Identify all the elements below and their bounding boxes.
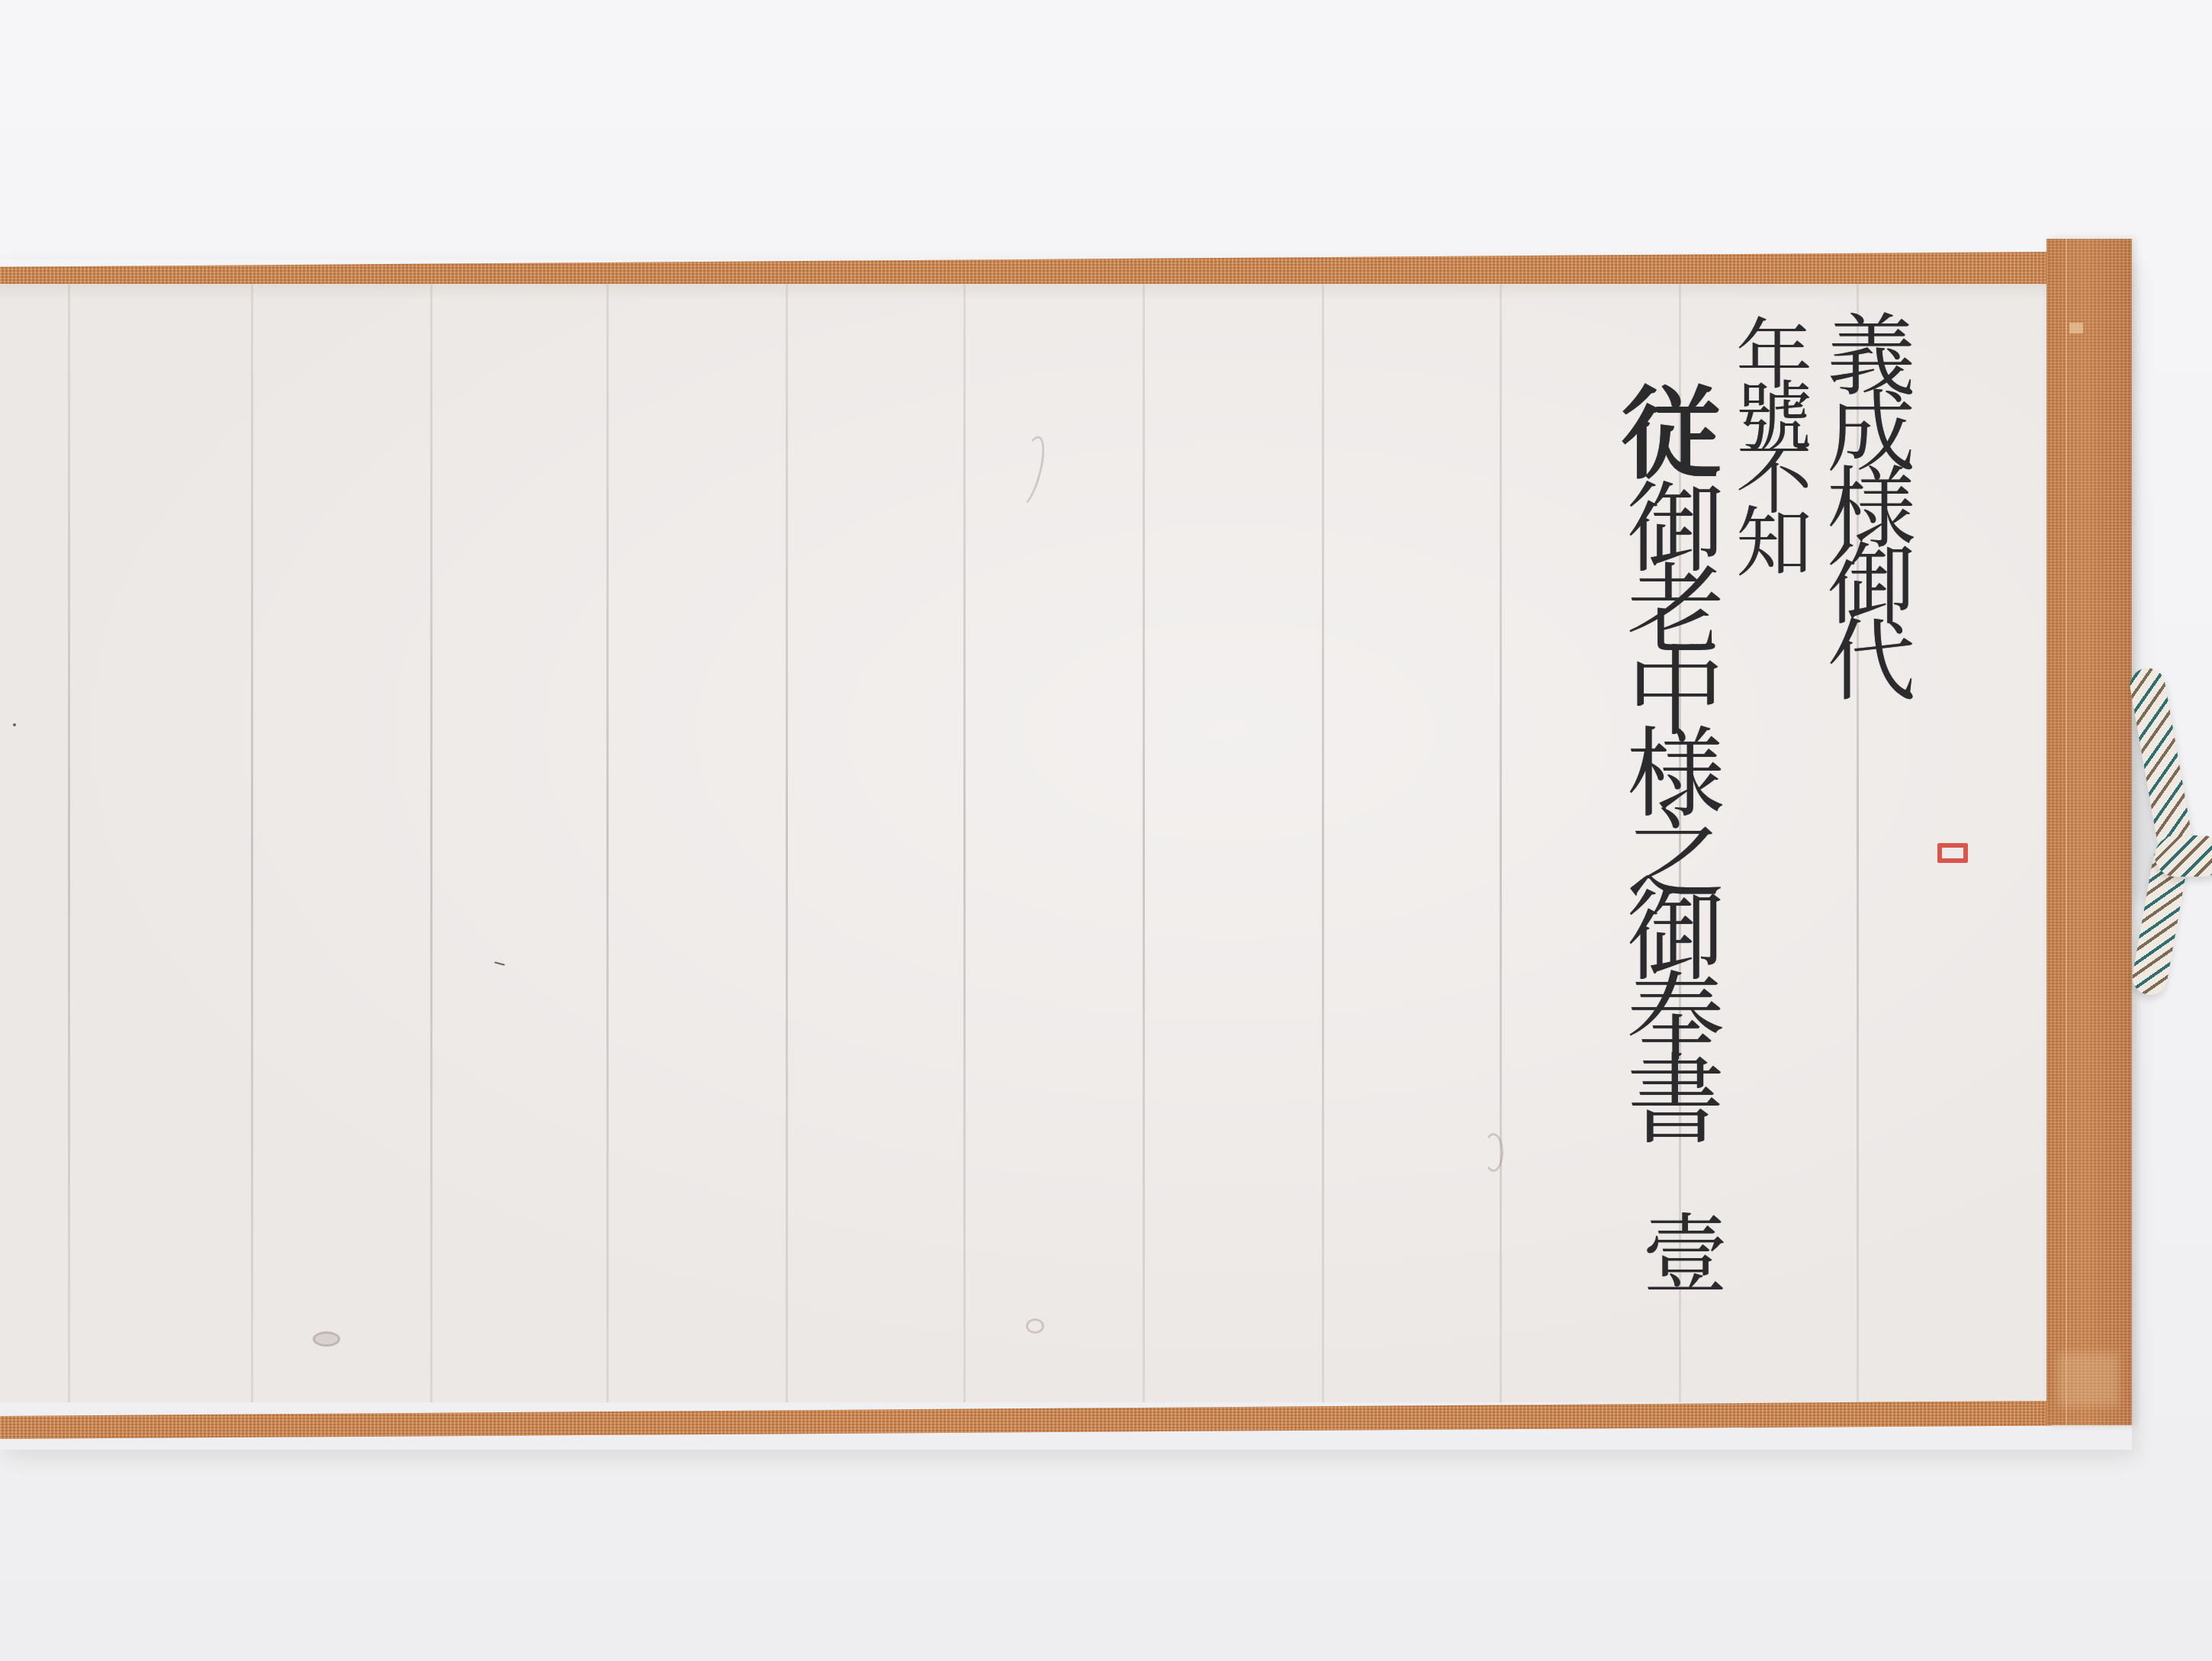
ruled-line xyxy=(606,284,609,1402)
binding-wear xyxy=(2058,1353,2119,1406)
paper-stain xyxy=(313,1331,340,1347)
ruled-line xyxy=(251,284,253,1402)
ruled-line xyxy=(1143,284,1145,1402)
paper-stain xyxy=(1484,1133,1503,1172)
paper-stain xyxy=(1026,1318,1044,1334)
text-column-1: 義成様御代 xyxy=(1814,309,1913,690)
binding-wear xyxy=(2069,323,2083,333)
ruled-line xyxy=(963,284,966,1402)
ruled-line xyxy=(786,284,788,1402)
paper-edge-band xyxy=(0,284,2048,301)
ruled-line xyxy=(1322,284,1324,1402)
text-column-3-body: 御老中様之御奉書 xyxy=(1613,477,1720,1130)
paper-speck xyxy=(13,723,16,726)
ruled-line xyxy=(430,284,432,1402)
ruled-line xyxy=(1500,284,1502,1402)
ruled-line xyxy=(68,284,70,1402)
tie-cord xyxy=(2124,671,2212,992)
cord-knot-icon xyxy=(2155,835,2212,877)
binding-seam xyxy=(2066,239,2067,1425)
text-count: 壹 xyxy=(1632,1209,1724,1299)
red-seal-icon xyxy=(1937,843,1968,863)
text-column-2: 年號不知 xyxy=(1725,314,1809,565)
text-column-3-head: 従 xyxy=(1609,381,1716,485)
scroll-binding-end xyxy=(2046,239,2132,1425)
